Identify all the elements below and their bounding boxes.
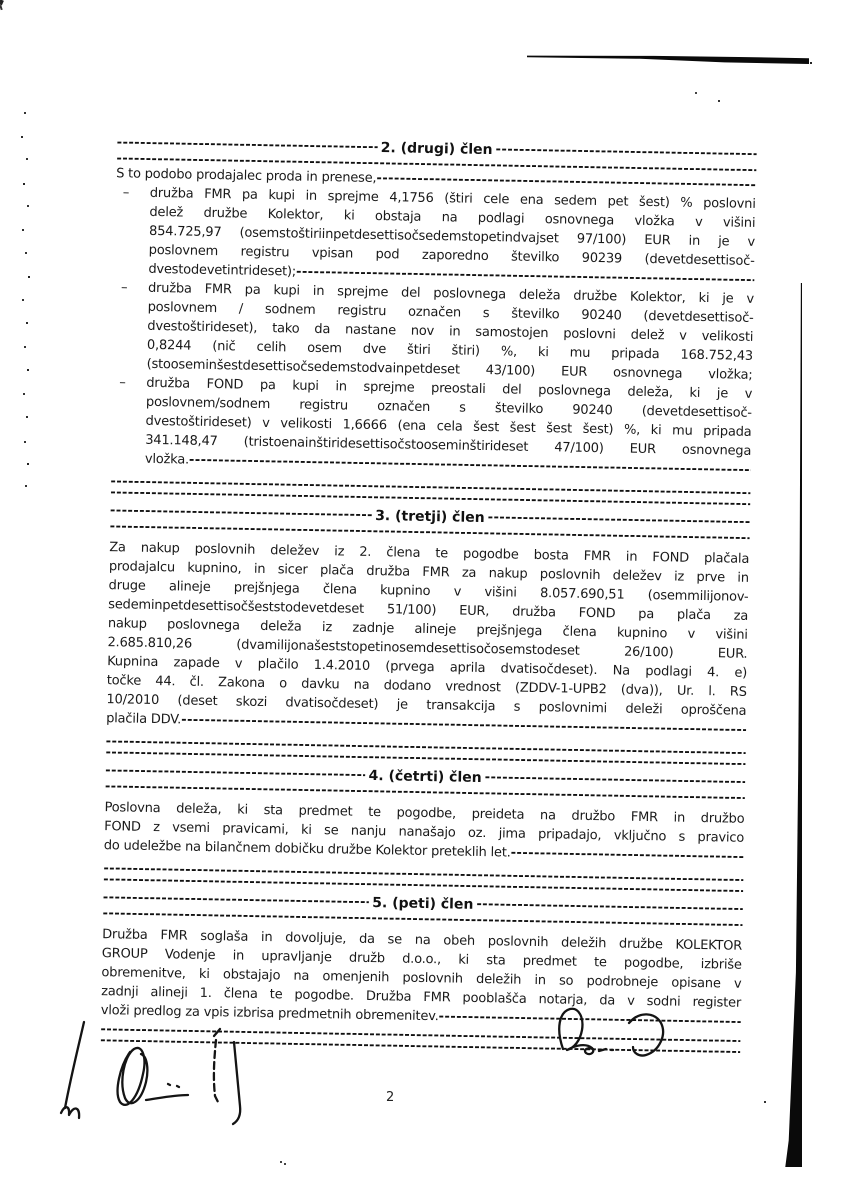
page-number: 2 xyxy=(386,1090,394,1105)
heading-dash-fill: ----------------------------------------… xyxy=(495,144,756,160)
heading-dash-fill: ----------------------------------------… xyxy=(488,512,750,528)
trailing-dash-fill: ----------------------------------------… xyxy=(510,844,743,867)
heading-dash-fill: ----------------------------------------… xyxy=(117,137,378,153)
list-item: – družba FMR pa kupi in sprejme 4,1756 (… xyxy=(114,183,756,290)
heading-dash-fill: ----------------------------------------… xyxy=(476,899,743,915)
heading-dash-fill: ----------------------------------------… xyxy=(103,892,370,908)
line-text: vložka. xyxy=(145,450,189,470)
list-item: – družba FOND pa kupi in sprejme preosta… xyxy=(111,373,753,480)
line-text: plačila DDV. xyxy=(106,709,181,729)
bullet-dash: – xyxy=(123,183,130,202)
heading-dash-fill: ----------------------------------------… xyxy=(110,505,372,521)
section-heading-label: 2. (drugi) člen xyxy=(378,139,496,157)
bullet-dash: – xyxy=(121,278,128,297)
heading-dash-fill: ----------------------------------------… xyxy=(485,772,746,788)
list-item: – družba FMR pa kupi in sprejme del posl… xyxy=(112,278,754,385)
signature-right xyxy=(545,1003,675,1065)
section-heading-label: 3. (tretji) člen xyxy=(372,507,488,525)
scan-artifact-right-edge-bar xyxy=(783,283,802,1167)
signature-left xyxy=(48,1012,258,1127)
section-heading-label: 4. (četrti) člen xyxy=(365,767,484,785)
scan-artifact-tick xyxy=(0,5,3,10)
section-heading-label: 5. (peti) člen xyxy=(369,894,476,912)
heading-dash-fill: ----------------------------------------… xyxy=(105,765,366,781)
scan-artifact-top-streak xyxy=(527,52,809,65)
scanned-contract-page: ----------------------------------------… xyxy=(0,0,849,1200)
document-sheet: ----------------------------------------… xyxy=(100,130,757,1058)
bullet-dash: – xyxy=(119,373,126,392)
